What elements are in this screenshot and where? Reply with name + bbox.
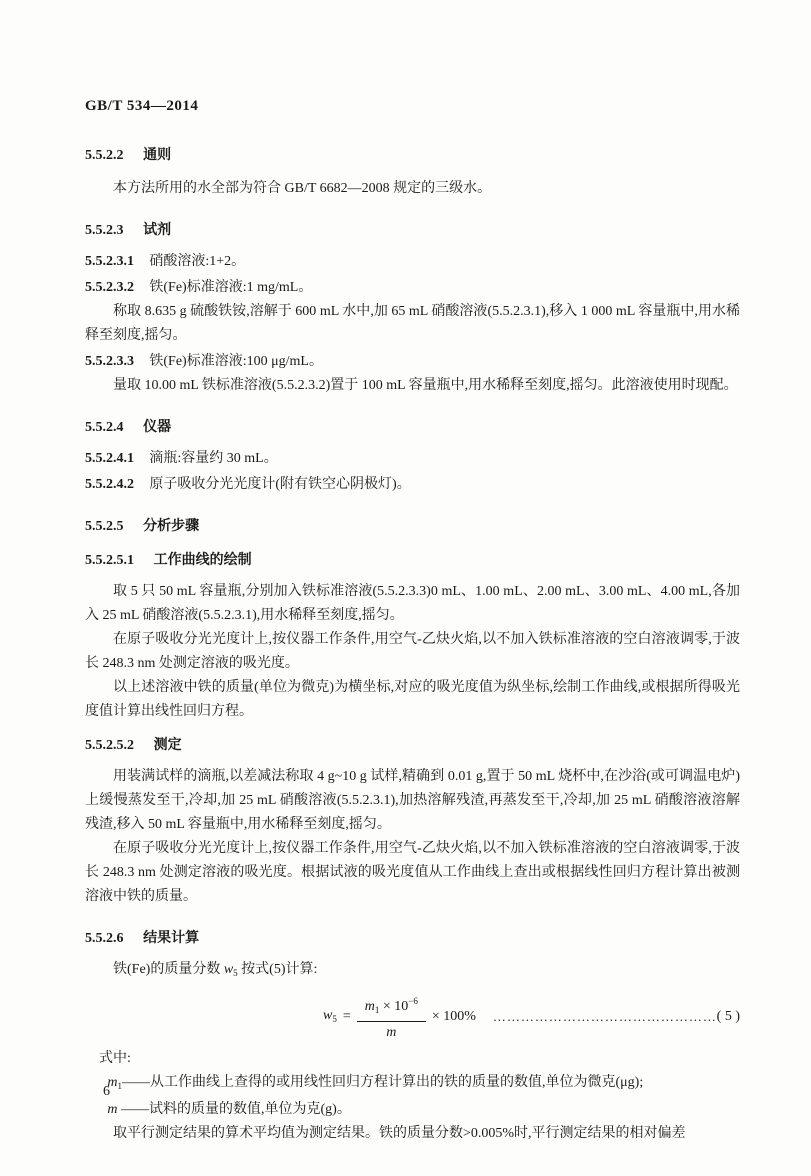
clause-spectrophotometer: 5.5.2.4.2 原子吸收分光光度计(附有铁空心阴极灯)。 bbox=[85, 473, 740, 497]
section-number: 5.5.2.4 bbox=[85, 416, 124, 440]
paragraph-determination-1: 用装满试样的滴瓶,以差减法称取 4 g~10 g 试样,精确到 0.01 g,置… bbox=[85, 765, 740, 837]
subsection-heading-working-curve: 5.5.2.5.1 工作曲线的绘制 bbox=[85, 549, 740, 573]
definition-m: m —— 试料的质量的数值,单位为克(g)。 bbox=[85, 1098, 740, 1122]
standard-number-header: GB/T 534—2014 bbox=[85, 94, 740, 118]
clause-text: 铁(Fe)标准溶液:100 μg/mL。 bbox=[149, 350, 323, 374]
page-number: 6 bbox=[103, 1080, 110, 1104]
section-heading-result: 5.5.2.6 结果计算 bbox=[85, 927, 740, 951]
paragraph-closing: 取平行测定结果的算术平均值为测定结果。铁的质量分数>0.005%时,平行测定结果… bbox=[85, 1122, 740, 1146]
paragraph-determination-2: 在原子吸收分光光度计上,按仪器工作条件,用空气-乙炔火焰,以不加入铁标准溶液的空… bbox=[85, 837, 740, 909]
clause-nitric-acid: 5.5.2.3.1 硝酸溶液:1+2。 bbox=[85, 250, 740, 274]
clause-text: 原子吸收分光光度计(附有铁空心阴极灯)。 bbox=[149, 473, 410, 497]
clause-number: 5.5.2.4.2 bbox=[85, 473, 134, 497]
exponent: −6 bbox=[408, 996, 418, 1006]
times-hundred-percent: × 100% bbox=[432, 1005, 476, 1029]
formula-lhs: w5 bbox=[323, 1004, 337, 1031]
clause-number: 5.5.2.3.1 bbox=[85, 250, 134, 274]
section-heading-reagents: 5.5.2.3 试剂 bbox=[85, 219, 740, 243]
variable-w: w bbox=[224, 962, 233, 977]
clause-iron-standard-1: 5.5.2.3.2 铁(Fe)标准溶液:1 mg/mL。 bbox=[85, 276, 740, 300]
formula-5: w5 = m1 × 10−6 m × 100% …………………………………………… bbox=[85, 993, 740, 1041]
section-number: 5.5.2.5 bbox=[85, 515, 124, 539]
variable-w-subscript: 5 bbox=[332, 1014, 337, 1024]
clause-number: 5.5.2.4.1 bbox=[85, 447, 134, 471]
section-number: 5.5.2.5.1 bbox=[85, 549, 134, 573]
paragraph-iron-standard-2: 量取 10.00 mL 铁标准溶液(5.5.2.3.2)置于 100 mL 容量… bbox=[85, 374, 740, 398]
equals-sign: = bbox=[343, 1005, 351, 1029]
section-title: 工作曲线的绘制 bbox=[154, 549, 252, 573]
clause-text: 硝酸溶液:1+2。 bbox=[149, 250, 245, 274]
page-content: GB/T 534—2014 5.5.2.2 通则 本方法所用的水全部为符合 GB… bbox=[85, 94, 740, 1146]
definition-variable: m1—— bbox=[107, 1071, 150, 1098]
intro-text-post: 按式(5)计算: bbox=[238, 962, 318, 977]
clause-number: 5.5.2.3.3 bbox=[85, 350, 134, 374]
times-ten: × 10 bbox=[379, 999, 408, 1014]
fraction-denominator: m bbox=[386, 1022, 396, 1043]
definition-text: 从工作曲线上查得的或用线性回归方程计算出的铁的质量的数值,单位为微克(μg); bbox=[150, 1071, 643, 1098]
paragraph-curve-1: 取 5 只 50 mL 容量瓶,分别加入铁标准溶液(5.5.2.3.3)0 mL… bbox=[85, 580, 740, 628]
subsection-heading-determination: 5.5.2.5.2 测定 bbox=[85, 734, 740, 758]
section-title: 仪器 bbox=[143, 416, 171, 440]
section-heading-general: 5.5.2.2 通则 bbox=[85, 144, 740, 168]
section-number: 5.5.2.2 bbox=[85, 144, 124, 168]
definition-m1: m1—— 从工作曲线上查得的或用线性回归方程计算出的铁的质量的数值,单位为微克(… bbox=[85, 1071, 740, 1098]
paragraph-curve-3: 以上述溶液中铁的质量(单位为微克)为横坐标,对应的吸光度值为纵坐标,绘制工作曲线… bbox=[85, 676, 740, 724]
fraction-numerator: m1 × 10−6 bbox=[357, 991, 426, 1022]
definition-variable: m —— bbox=[107, 1098, 149, 1122]
section-title: 试剂 bbox=[143, 219, 171, 243]
section-title: 分析步骤 bbox=[143, 515, 199, 539]
variable-m1: m bbox=[365, 999, 375, 1014]
clause-text: 铁(Fe)标准溶液:1 mg/mL。 bbox=[149, 276, 312, 300]
paragraph-curve-2: 在原子吸收分光光度计上,按仪器工作条件,用空气-乙炔火焰,以不加入铁标准溶液的空… bbox=[85, 628, 740, 676]
document-page: GB/T 534—2014 5.5.2.2 通则 本方法所用的水全部为符合 GB… bbox=[0, 0, 811, 1176]
section-heading-procedure: 5.5.2.5 分析步骤 bbox=[85, 515, 740, 539]
section-title: 结果计算 bbox=[143, 927, 199, 951]
definition-dash: —— bbox=[118, 1102, 150, 1117]
paragraph-iron-standard-1: 称取 8.635 g 硫酸铁铵,溶解于 600 mL 水中,加 65 mL 硝酸… bbox=[85, 300, 740, 348]
section-title: 通则 bbox=[143, 144, 171, 168]
definition-dash: —— bbox=[122, 1075, 150, 1090]
section-heading-apparatus: 5.5.2.4 仪器 bbox=[85, 416, 740, 440]
dotted-leader: …………………………………………………… bbox=[493, 1005, 715, 1029]
section-number: 5.5.2.5.2 bbox=[85, 734, 134, 758]
intro-text-pre: 铁(Fe)的质量分数 bbox=[113, 962, 224, 977]
clause-iron-standard-2: 5.5.2.3.3 铁(Fe)标准溶液:100 μg/mL。 bbox=[85, 350, 740, 374]
where-label: 式中: bbox=[85, 1047, 740, 1071]
section-number: 5.5.2.6 bbox=[85, 927, 124, 951]
equation-number: ( 5 ) bbox=[717, 1005, 740, 1029]
fraction: m1 × 10−6 m bbox=[357, 991, 426, 1043]
variable-m: m bbox=[107, 1102, 117, 1117]
variable-w: w bbox=[323, 1008, 332, 1023]
formula-intro: 铁(Fe)的质量分数 w5 按式(5)计算: bbox=[85, 958, 740, 985]
section-title: 测定 bbox=[154, 734, 182, 758]
clause-number: 5.5.2.3.2 bbox=[85, 276, 134, 300]
section-number: 5.5.2.3 bbox=[85, 219, 124, 243]
paragraph-general: 本方法所用的水全部为符合 GB/T 6682—2008 规定的三级水。 bbox=[85, 177, 740, 201]
formula-expression: w5 = m1 × 10−6 m × 100% bbox=[320, 991, 479, 1043]
clause-dropper-bottle: 5.5.2.4.1 滴瓶:容量约 30 mL。 bbox=[85, 447, 740, 471]
definition-text: 试料的质量的数值,单位为克(g)。 bbox=[149, 1098, 351, 1122]
clause-text: 滴瓶:容量约 30 mL。 bbox=[149, 447, 277, 471]
